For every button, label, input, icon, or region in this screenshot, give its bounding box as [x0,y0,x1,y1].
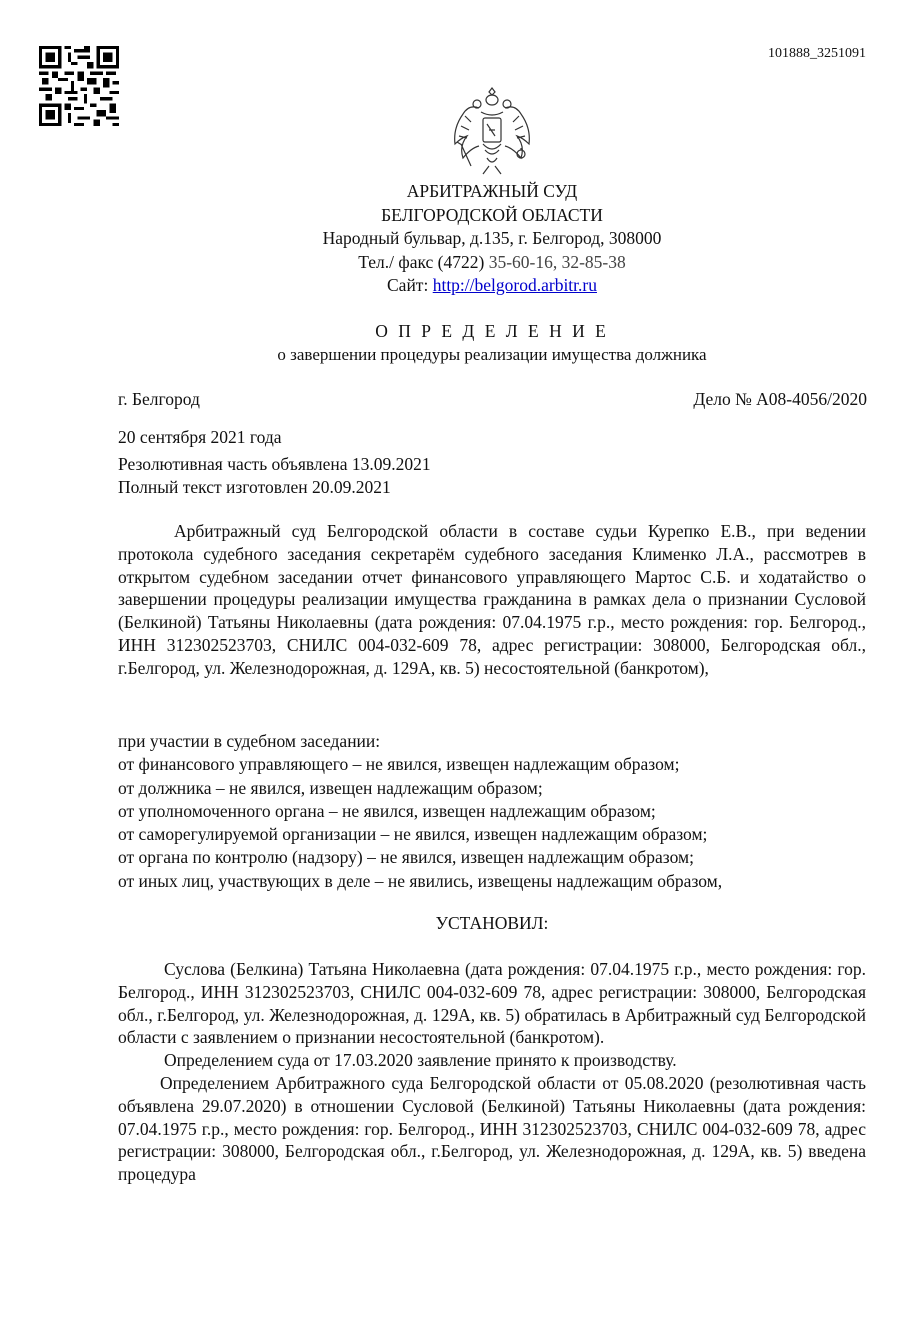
case-number: Дело № А08-4056/2020 [693,389,867,410]
intro-paragraph: Арбитражный суд Белгородской области в с… [118,520,866,680]
document-subtitle: о завершении процедуры реализации имущес… [0,343,921,367]
court-phone: Тел./ факс (4722) 35-60-16, 32-85-38 [0,251,921,275]
russian-coat-of-arms-icon [449,86,535,178]
site-link[interactable]: http://belgorod.arbitr.ru [433,275,597,295]
court-header: АРБИТРАЖНЫЙ СУД БЕЛГОРОДСКОЙ ОБЛАСТИ Нар… [0,180,921,298]
attendance-item: при участии в судебном заседании: [118,730,722,753]
phone-label: Тел./ факс (4722) [358,252,488,272]
attendance-list: при участии в судебном заседании: от фин… [118,730,722,893]
body-paragraph: Определением суда от 17.03.2020 заявлени… [118,1049,866,1072]
site-label: Сайт: [387,275,433,295]
attendance-item: от уполномоченного органа – не явился, и… [118,800,722,823]
full-text-made: Полный текст изготовлен 20.09.2021 [118,477,391,498]
qr-code-icon [39,46,119,126]
body-paragraph: Суслова (Белкина) Татьяна Николаевна (да… [118,958,866,1049]
document-id: 101888_3251091 [768,46,866,62]
body-paragraph: Определением Арбитражного суда Белгородс… [118,1072,866,1186]
phone-numbers: 35-60-16, 32-85-38 [489,252,626,272]
intro-text: Арбитражный суд Белгородской области в с… [118,520,866,680]
attendance-item: от органа по контролю (надзору) – не яви… [118,846,722,869]
body-paragraphs: Суслова (Белкина) Татьяна Николаевна (да… [118,958,866,1186]
court-name-line2: БЕЛГОРОДСКОЙ ОБЛАСТИ [0,204,921,228]
established-heading: УСТАНОВИЛ: [0,912,921,936]
court-site: Сайт: http://belgorod.arbitr.ru [0,274,921,298]
attendance-item: от иных лиц, участвующих в деле – не яви… [118,870,722,893]
attendance-item: от должника – не явился, извещен надлежа… [118,777,722,800]
attendance-item: от саморегулируемой организации – не яви… [118,823,722,846]
court-name-line1: АРБИТРАЖНЫЙ СУД [0,180,921,204]
attendance-item: от финансового управляющего – не явился,… [118,753,722,776]
document-title: О П Р Е Д Е Л Е Н И Е [0,320,921,344]
court-address: Народный бульвар, д.135, г. Белгород, 30… [0,227,921,251]
city: г. Белгород [118,389,200,410]
decision-date: 20 сентября 2021 года [118,427,282,448]
resolution-announced: Резолютивная часть объявлена 13.09.2021 [118,454,431,475]
